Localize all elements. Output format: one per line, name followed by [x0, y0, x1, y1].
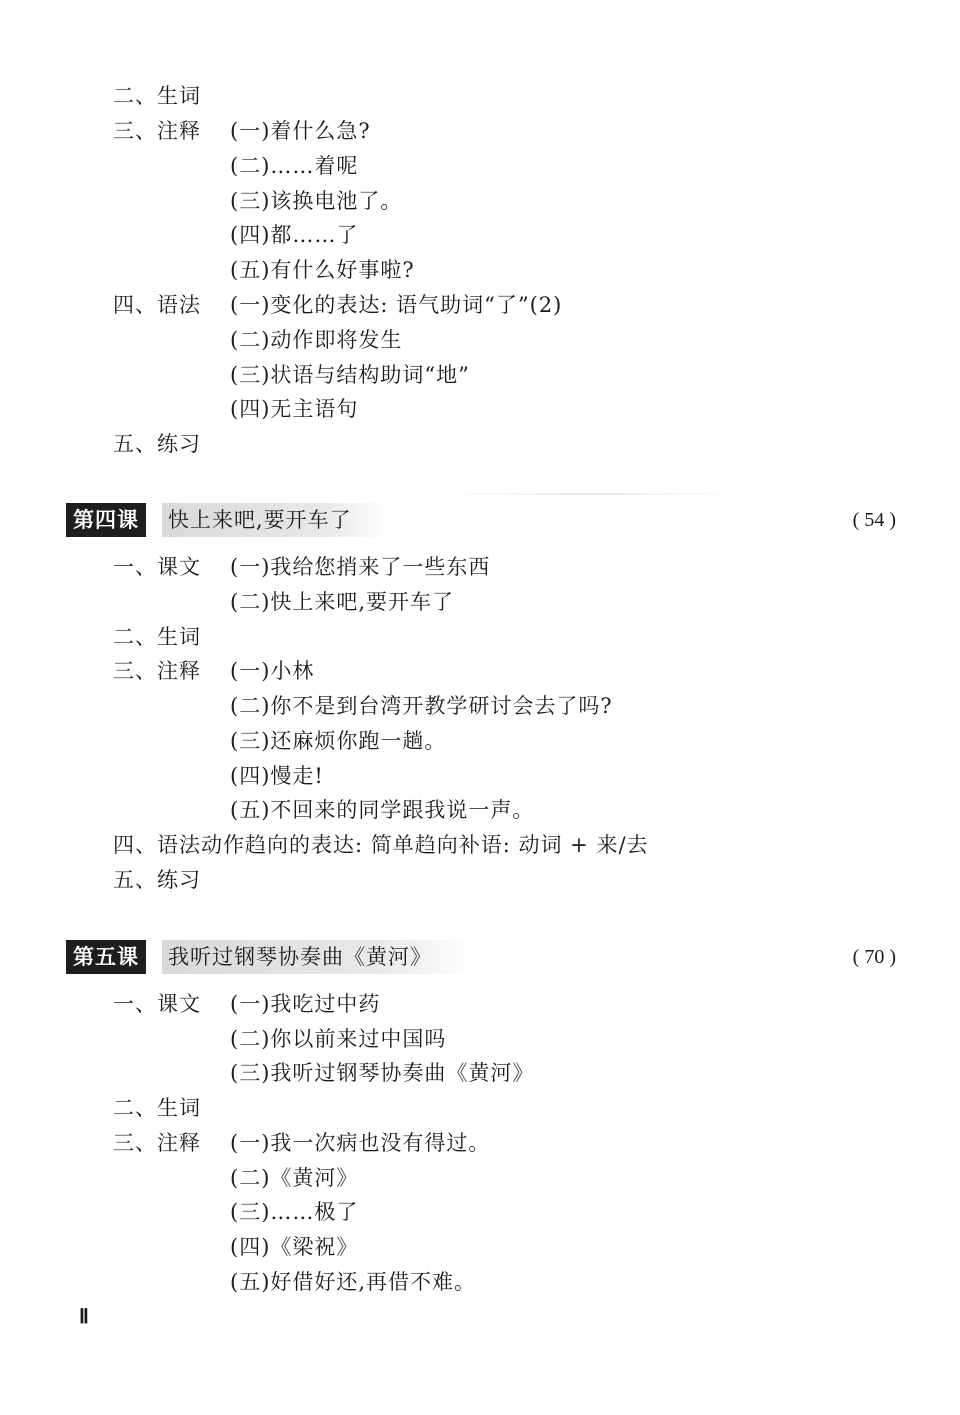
- lesson-4-heading[interactable]: 第四课 快上来吧,要开车了 ( 54 ): [66, 503, 896, 537]
- text-item: (三)我听过钢琴协奏曲《黄河》: [230, 1060, 534, 1086]
- section-vocabulary: 二、生词: [113, 83, 201, 109]
- note-item: (三)……极了: [230, 1199, 358, 1225]
- section-vocabulary: 二、生词: [113, 1095, 201, 1121]
- note-item: (四)《梁祝》: [230, 1234, 358, 1260]
- divider: [440, 493, 740, 495]
- section-grammar: 四、语法动作趋向的表达: 简单趋向补语: 动词 + 来/去: [113, 832, 649, 858]
- text-item: (一)我给您捎来了一些东西: [230, 554, 490, 580]
- grammar-item: (三)状语与结构助词“地”: [230, 362, 470, 388]
- note-item: (三)该换电池了。: [230, 188, 402, 214]
- lesson-number: 第五课: [66, 940, 146, 974]
- note-item: (五)不回来的同学跟我说一声。: [230, 797, 534, 823]
- lesson-title: 快上来吧,要开车了: [162, 503, 392, 537]
- lesson-number: 第四课: [66, 503, 146, 537]
- note-item: (四)都……了: [230, 222, 358, 248]
- grammar-item: (四)无主语句: [230, 396, 358, 422]
- section-notes: 三、注释: [113, 1130, 201, 1156]
- note-item: (五)好借好还,再借不难。: [230, 1269, 476, 1295]
- section-notes: 三、注释: [113, 118, 201, 144]
- section-text: 一、课文: [113, 554, 201, 580]
- text-item: (二)快上来吧,要开车了: [230, 589, 454, 615]
- note-item: (二)《黄河》: [230, 1165, 358, 1191]
- section-vocabulary: 二、生词: [113, 624, 201, 650]
- section-notes: 三、注释: [113, 658, 201, 684]
- grammar-item: (一)变化的表达: 语气助词“了”(2): [230, 292, 562, 318]
- note-item: (二)你不是到台湾开教学研讨会去了吗?: [230, 693, 613, 719]
- note-item: (一)着什么急?: [230, 118, 371, 144]
- page-number: ( 70 ): [853, 940, 896, 974]
- text-item: (二)你以前来过中国吗: [230, 1026, 446, 1052]
- lesson-title: 我听过钢琴协奏曲《黄河》: [162, 940, 472, 974]
- note-item: (四)慢走!: [230, 763, 324, 789]
- note-item: (五)有什么好事啦?: [230, 257, 415, 283]
- page-folio: Ⅱ: [79, 1304, 89, 1329]
- note-item: (二)……着呢: [230, 153, 358, 179]
- grammar-item: (二)动作即将发生: [230, 327, 402, 353]
- section-text: 一、课文: [113, 991, 201, 1017]
- lesson-5-heading[interactable]: 第五课 我听过钢琴协奏曲《黄河》 ( 70 ): [66, 940, 896, 974]
- note-item: (三)还麻烦你跑一趟。: [230, 728, 446, 754]
- page-number: ( 54 ): [853, 503, 896, 537]
- note-item: (一)我一次病也没有得过。: [230, 1130, 490, 1156]
- section-exercises: 五、练习: [113, 867, 201, 893]
- section-grammar: 四、语法: [113, 292, 201, 318]
- text-item: (一)我吃过中药: [230, 991, 380, 1017]
- note-item: (一)小林: [230, 658, 314, 684]
- section-exercises: 五、练习: [113, 431, 201, 457]
